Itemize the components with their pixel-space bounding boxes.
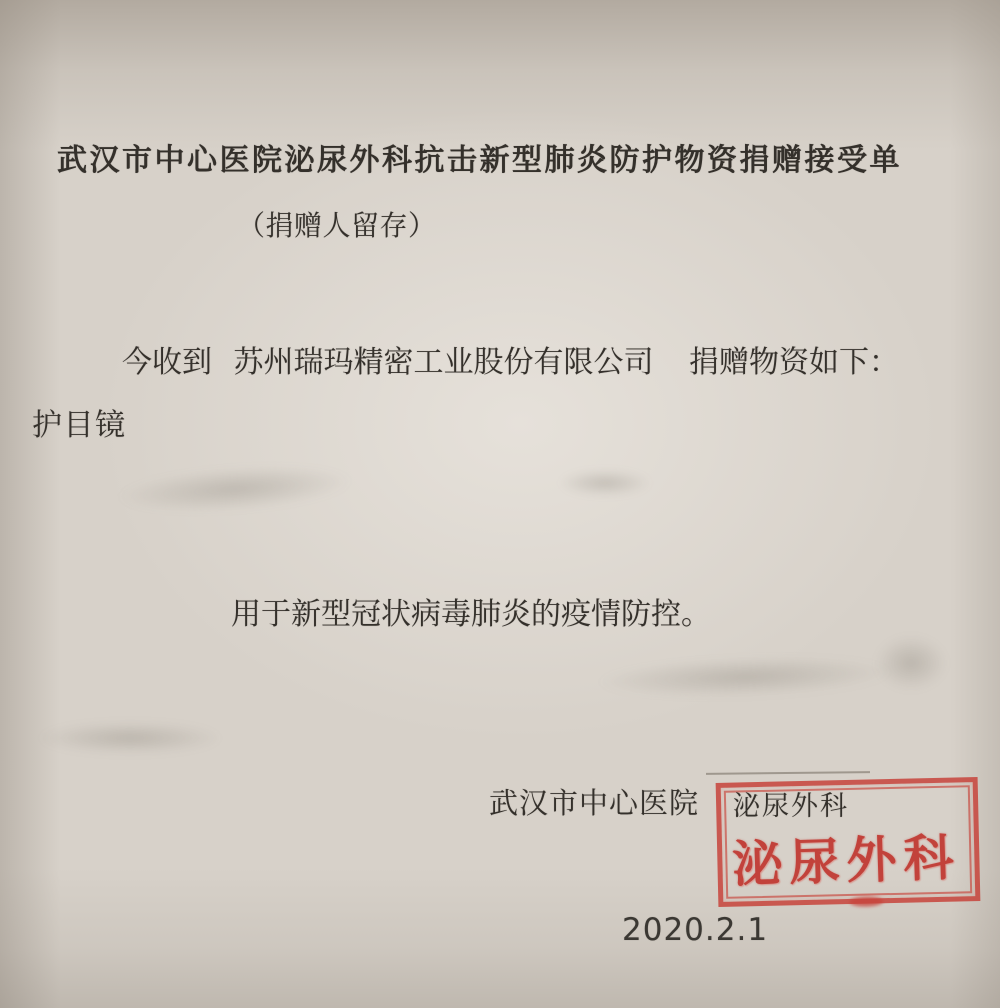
document-title: 武汉市中心医院泌尿外科抗击新型肺炎防护物资捐赠接受单 [57, 144, 902, 179]
donation-receipt-photo: 武汉市中心医院泌尿外科抗击新型肺炎防护物资捐赠接受单 （捐赠人留存） 今收到 苏… [0, 0, 1000, 1008]
receipt-prefix: 今收到 [122, 346, 212, 379]
donated-item: 护目镜 [32, 409, 127, 444]
pencil-line [706, 771, 870, 775]
bleed-through-mark [599, 653, 890, 701]
bleed-through-mark [560, 470, 650, 496]
bleed-through-mark [40, 722, 220, 754]
donor-name: 苏州瑞玛精密工业股份有限公司 [234, 346, 654, 379]
department-stamp-text: 泌尿外科 [731, 817, 961, 896]
document-subtitle: （捐赠人留存） [237, 211, 437, 243]
bleed-through-mark [876, 636, 946, 690]
receipt-line: 今收到 苏州瑞玛精密工业股份有限公司 捐赠物资如下： [122, 346, 899, 381]
hospital-signature: 武汉市中心医院 [489, 788, 699, 821]
bleed-through-mark [119, 460, 351, 518]
receipt-suffix: 捐赠物资如下： [689, 346, 899, 379]
document-date: 2020.2.1 [622, 913, 768, 949]
department-signature: 泌尿外科 [733, 791, 849, 822]
purpose-statement: 用于新型冠状病毒肺炎的疫情防控。 [231, 598, 711, 633]
